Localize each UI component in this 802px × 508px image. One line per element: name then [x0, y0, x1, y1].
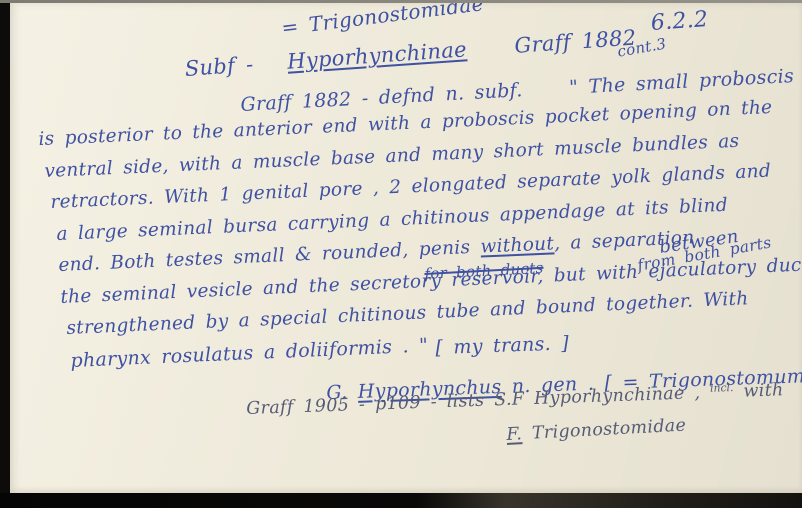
scan-border-bottom	[0, 493, 802, 508]
quote-line-6-start: end. Both testes small & rounded, penis	[58, 237, 471, 276]
family-abbrev: F.	[506, 424, 523, 445]
index-card: 6.2.2 = Trigonostomidae Subf - Hyporhync…	[10, 3, 802, 493]
card-number: 6.2.2	[650, 7, 709, 36]
underlined-word-without: without	[480, 233, 555, 257]
translation-note: [ my trans. ]	[435, 332, 569, 359]
scan-border-top	[0, 0, 802, 3]
family-line: F. Trigonostomidae	[506, 416, 687, 445]
family-name: Trigonostomidae	[531, 416, 686, 444]
reference-superscript: incl.	[710, 381, 734, 395]
spacer	[533, 94, 559, 95]
quote-line-9: pharynx rosulatus a doliiformis . "	[70, 334, 429, 372]
scanned-index-card: 6.2.2 = Trigonostomidae Subf - Hyporhync…	[0, 0, 802, 508]
subfamily-heading: Subf - Hyporhynchinae Graff 1882	[184, 25, 637, 81]
spacer	[265, 70, 277, 71]
reference-tail: with	[743, 380, 784, 401]
spacer	[478, 54, 504, 56]
subfamily-rank-label: Subf -	[184, 52, 254, 81]
family-synonym: = Trigonostomidae	[280, 0, 485, 40]
quote-open: " The small proboscis	[569, 65, 795, 99]
subfamily-name: Hyporhynchinae	[286, 37, 467, 73]
